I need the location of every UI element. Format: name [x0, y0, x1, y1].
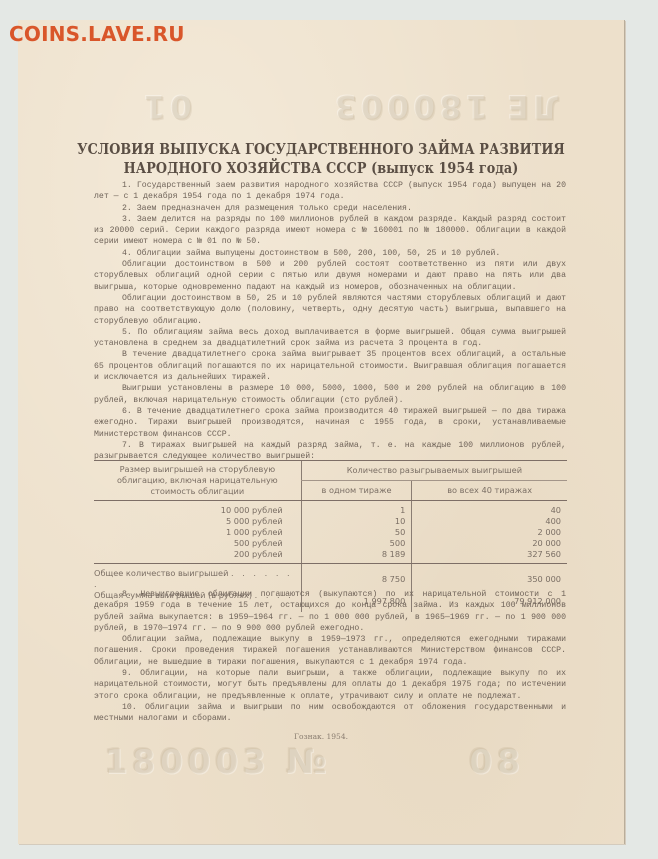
table-row: 500 рублей 500 20 000 [94, 538, 567, 549]
all-draws: 40 [412, 501, 567, 517]
site-watermark: COINS.LAVE.RU [9, 22, 185, 46]
per-draw: 500 [301, 538, 412, 549]
per-draw: 8 189 [301, 549, 412, 564]
total-all-draws: 350 000 [412, 564, 567, 591]
embossed-serial-top-number: ЛЕ 180003 [331, 88, 560, 126]
paragraph: 5. По облигациям займа весь доход выплач… [94, 327, 566, 350]
per-draw: 50 [301, 527, 412, 538]
paragraph: Выигрыши установлены в размере 10 000, 5… [94, 383, 566, 406]
printer-mark: Гознак. 1954. [18, 732, 624, 741]
per-draw: 1 [301, 501, 412, 517]
prize-size: 5 000 рублей [94, 516, 301, 527]
paragraph: 1. Государственный заем развития народно… [94, 180, 566, 203]
all-draws: 327 560 [412, 549, 567, 564]
paragraph: 8. Невыигравшие облигации погашаются (вы… [94, 589, 566, 634]
header-per-draw: в одном тираже [301, 481, 412, 501]
table-row: 5 000 рублей 10 400 [94, 516, 567, 527]
all-draws: 20 000 [412, 538, 567, 549]
embossed-serial-bottom-category: 08 [469, 742, 524, 782]
table-row: 200 рублей 8 189 327 560 [94, 549, 567, 564]
paragraph: 6. В течение двадцатилетнего срока займа… [94, 406, 566, 440]
title-line-1: УСЛОВИЯ ВЫПУСКА ГОСУДАРСТВЕННОГО ЗАЙМА Р… [54, 140, 587, 159]
totals-row-count: Общее количество выигрышей . . . . . . .… [94, 564, 567, 591]
embossed-serial-bottom-number: 180003 № [104, 742, 331, 782]
paragraph: В течение двадцатилетнего срока займа вы… [94, 349, 566, 383]
table-row: 1 000 рублей 50 2 000 [94, 527, 567, 538]
per-draw: 10 [301, 516, 412, 527]
paragraph: 4. Облигации займа выпущены достоинством… [94, 248, 566, 259]
terms-section-bottom: 8. Невыигравшие облигации погашаются (вы… [94, 589, 566, 725]
total-label: Общее количество выигрышей [94, 568, 228, 578]
paragraph: 9. Облигации, на которые пали выигрыши, … [94, 668, 566, 702]
prize-size: 1 000 рублей [94, 527, 301, 538]
table-row: 10 000 рублей 1 40 [94, 501, 567, 517]
terms-section-top: 1. Государственный заем развития народно… [94, 180, 566, 462]
header-all-draws: во всех 40 тиражах [412, 481, 567, 501]
total-per-draw: 8 750 [301, 564, 412, 591]
prize-size: 10 000 рублей [94, 501, 301, 517]
paragraph: 2. Заем предназначен для размещения толь… [94, 203, 566, 214]
all-draws: 2 000 [412, 527, 567, 538]
paragraph: 3. Заем делится на разряды по 100 миллио… [94, 214, 566, 248]
header-prize-count-group: Количество разыгрываемых выигрышей [301, 461, 567, 481]
embossed-serial-top: ЛЕ 180003 01 [140, 88, 560, 126]
title-line-2: НАРОДНОГО ХОЗЯЙСТВА СССР (выпуск 1954 го… [54, 159, 587, 178]
header-prize-size: Размер выигрышей на сторублевую облигаци… [94, 461, 301, 501]
embossed-serial-top-category: 01 [140, 88, 193, 126]
prize-size: 200 рублей [94, 549, 301, 564]
document-title: УСЛОВИЯ ВЫПУСКА ГОСУДАРСТВЕННОГО ЗАЙМА Р… [18, 140, 624, 178]
prize-size: 500 рублей [94, 538, 301, 549]
paragraph: 10. Облигации займа и выигрыши по ним ос… [94, 702, 566, 725]
paragraph: Облигации займа, подлежащие выкупу в 195… [94, 634, 566, 668]
paragraph: Облигации достоинством в 50, 25 и 10 руб… [94, 293, 566, 327]
all-draws: 400 [412, 516, 567, 527]
embossed-serial-bottom: 180003 № 08 [104, 742, 524, 782]
paragraph: Облигации достоинством в 500 и 200 рубле… [94, 259, 566, 293]
